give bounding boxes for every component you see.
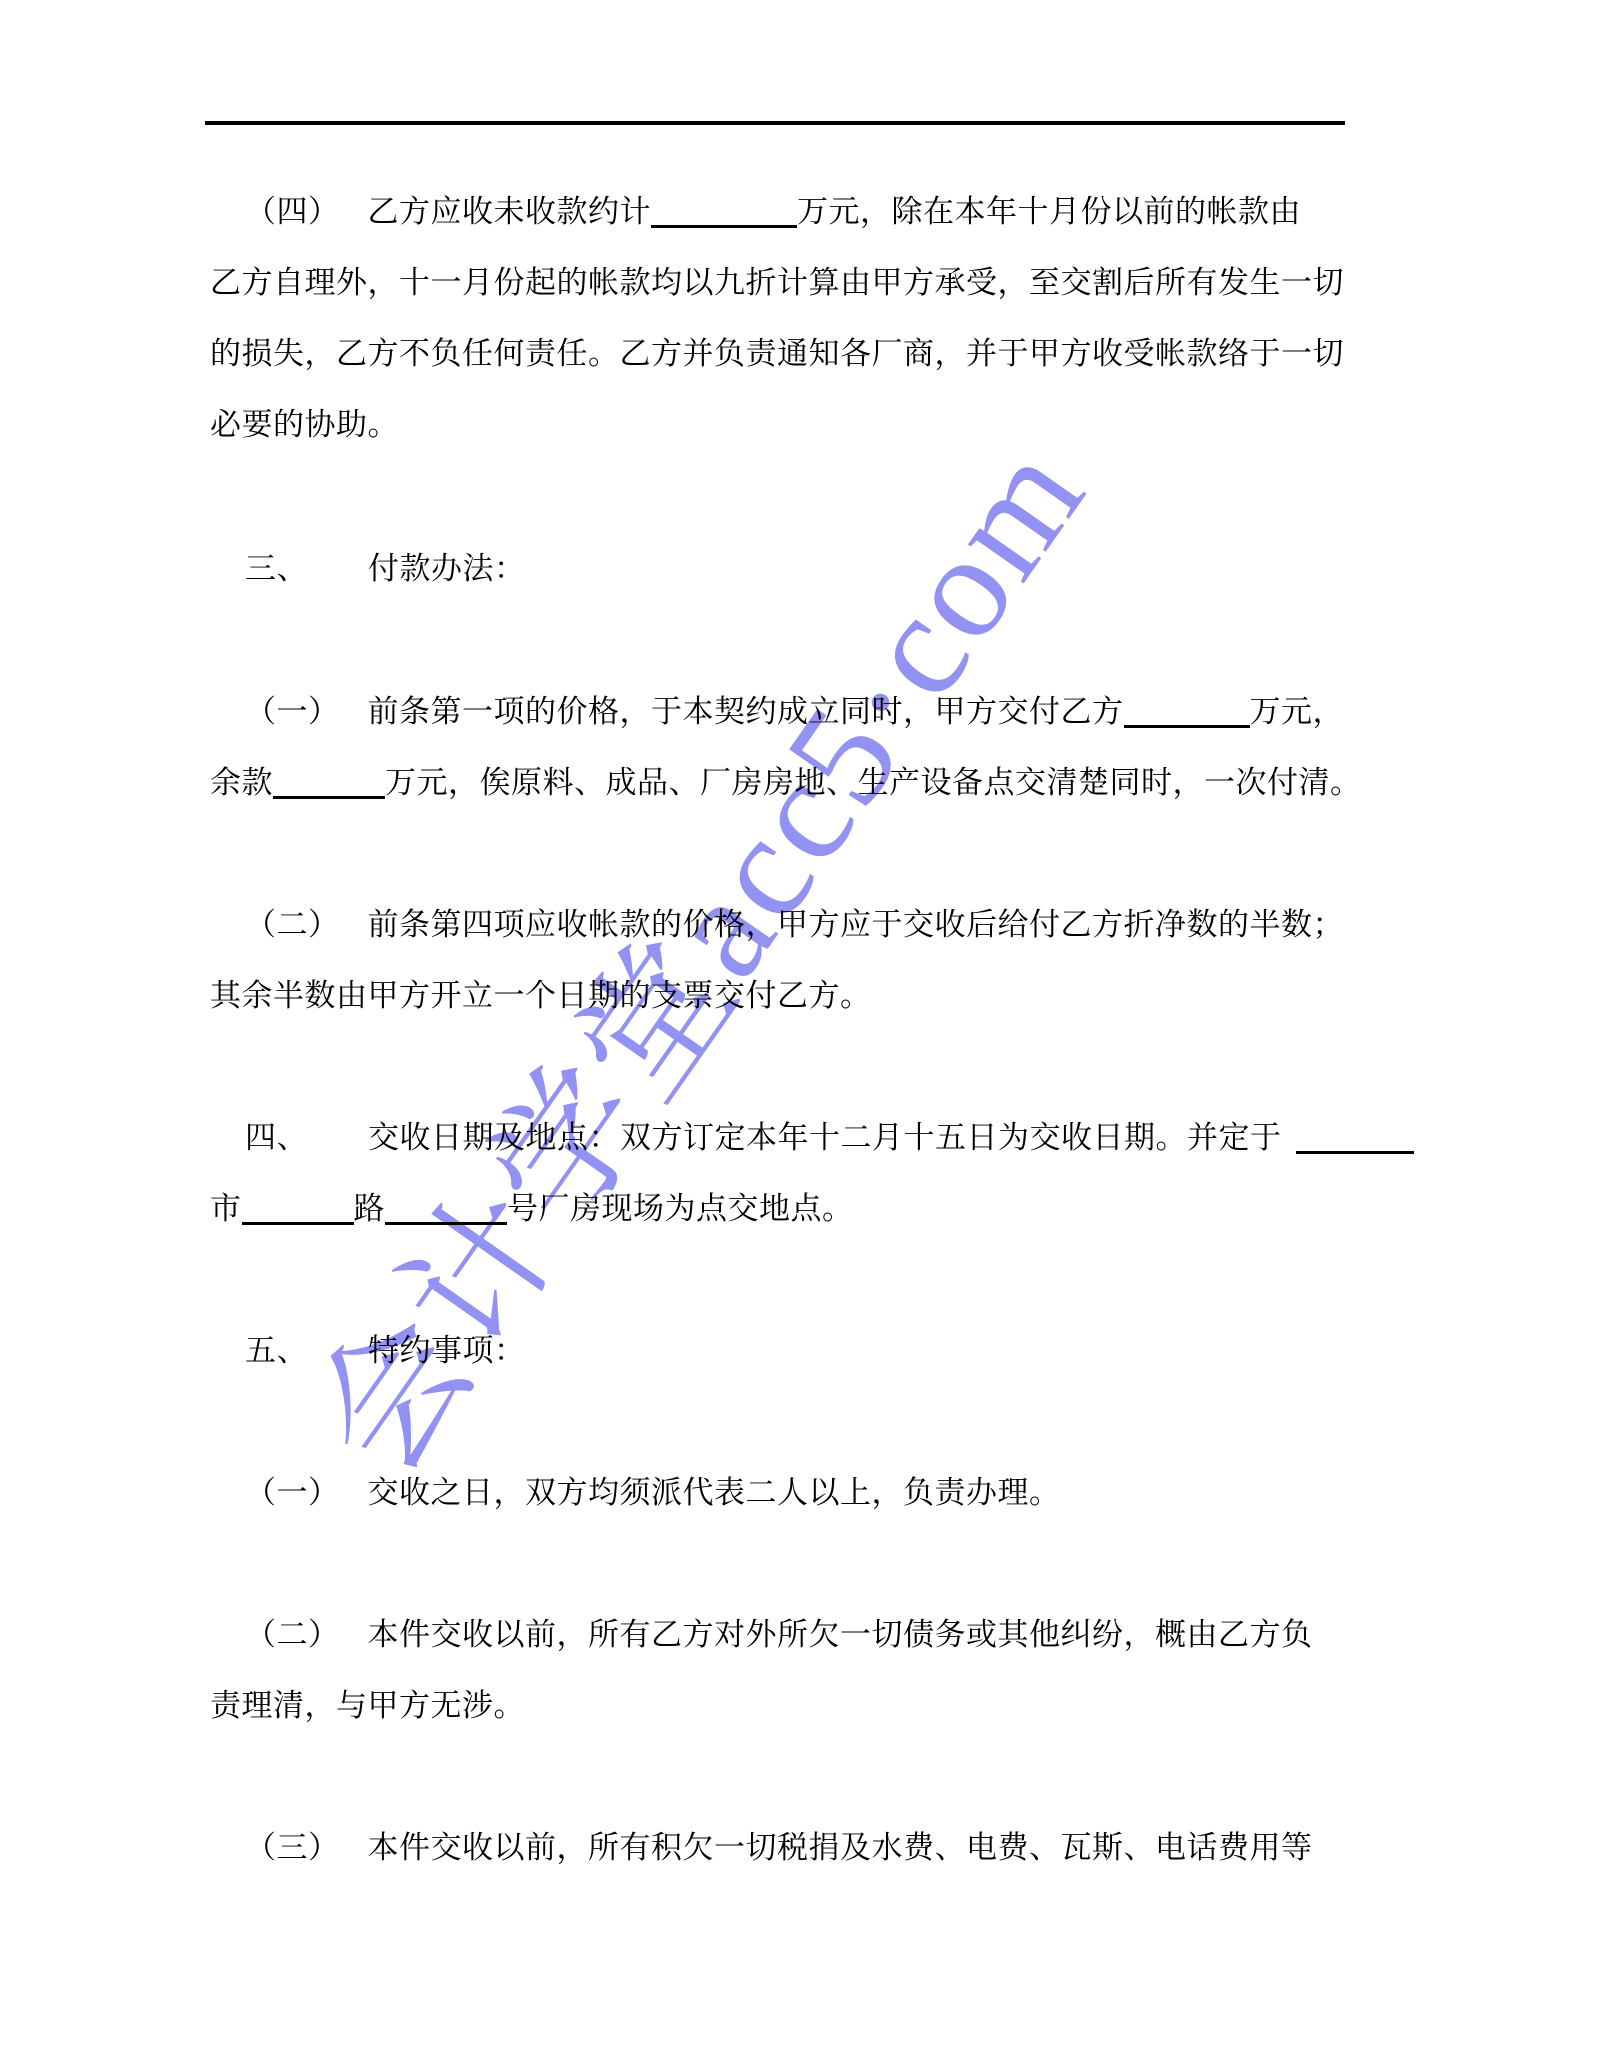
clause-4-line-1: （四）乙方应收未收款约计万元，除在本年十月份以前的帐款由 xyxy=(245,190,1301,234)
text-run: （一） xyxy=(245,1475,340,1510)
special-item-1: （一）交收之日，双方均须派代表二人以上，负责办理。 xyxy=(245,1471,1061,1515)
contract-page: 会计学堂acc5·com （四）乙方应收未收款约计万元，除在本年十月份以前的帐款… xyxy=(0,0,1600,2070)
section-4-line-2: 市路号厂房现场为点交地点。 xyxy=(210,1187,854,1231)
special-item-2-line-1: （二）本件交收以前，所有乙方对外所欠一切债务或其他纠纷，概由乙方负 xyxy=(245,1613,1313,1657)
text-run: 本件交收以前，所有乙方对外所欠一切债务或其他纠纷，概由乙方负 xyxy=(368,1617,1313,1652)
text-run: 乙方自理外，十一月份起的帐款均以九折计算由甲方承受，至交割后所有发生一切 xyxy=(210,265,1344,300)
document-page: { "watermark": { "text": "会计学堂acc5·com",… xyxy=(0,0,1600,2070)
text-run: 责理清，与甲方无涉。 xyxy=(210,1688,525,1723)
text-run: 四、 xyxy=(245,1120,308,1155)
payment-item-2-line-1: （二）前条第四项应收帐款的价格，甲方应于交收后给付乙方折净数的半数； xyxy=(245,903,1344,947)
blank-field xyxy=(1296,1149,1414,1154)
text-run: 余款 xyxy=(210,765,273,800)
section-5-heading: 五、特约事项： xyxy=(245,1329,526,1373)
text-run: 五、 xyxy=(245,1333,308,1368)
text-run: 市 xyxy=(210,1191,242,1226)
clause-4-line-3: 的损失，乙方不负任何责任。乙方并负责通知各厂商，并于甲方收受帐款络于一切 xyxy=(210,332,1344,376)
section-3-heading: 三、付款办法： xyxy=(245,547,526,591)
blank-field xyxy=(385,1220,507,1225)
payment-item-1-line-1: （一）前条第一项的价格，于本契约成立同时，甲方交付乙方万元， xyxy=(245,690,1344,734)
text-run: 付款办法： xyxy=(368,551,526,586)
blank-field xyxy=(273,794,385,799)
text-run: 万元， xyxy=(1250,694,1345,729)
text-run: 万元，俟原料、成品、厂房房地、生产设备点交清楚同时，一次付清。 xyxy=(385,765,1362,800)
text-run: （三） xyxy=(245,1830,340,1865)
text-run: 其余半数由甲方开立一个日期的支票交付乙方。 xyxy=(210,978,872,1013)
text-run: （一） xyxy=(245,694,340,729)
text-run: 交收日期及地点：双方订定本年十二月十五日为交收日期。并定于 xyxy=(368,1120,1282,1155)
text-run: 万元，除在本年十月份以前的帐款由 xyxy=(797,194,1301,229)
text-run: （二） xyxy=(245,907,340,942)
special-item-2-line-2: 责理清，与甲方无涉。 xyxy=(210,1684,525,1728)
payment-item-1-line-2: 余款万元，俟原料、成品、厂房房地、生产设备点交清楚同时，一次付清。 xyxy=(210,761,1362,805)
section-4-line-1: 四、交收日期及地点：双方订定本年十二月十五日为交收日期。并定于 xyxy=(245,1116,1414,1160)
clause-4-line-4: 必要的协助。 xyxy=(210,403,399,447)
payment-item-2-line-2: 其余半数由甲方开立一个日期的支票交付乙方。 xyxy=(210,974,872,1018)
blank-field xyxy=(242,1220,354,1225)
text-run: 特约事项： xyxy=(368,1333,526,1368)
text-run: 的损失，乙方不负任何责任。乙方并负责通知各厂商，并于甲方收受帐款络于一切 xyxy=(210,336,1344,371)
text-run: （四） xyxy=(245,194,340,229)
text-run: 前条第四项应收帐款的价格，甲方应于交收后给付乙方折净数的半数； xyxy=(368,907,1345,942)
text-run: 必要的协助。 xyxy=(210,407,399,442)
contract-text-layer: （四）乙方应收未收款约计万元，除在本年十月份以前的帐款由乙方自理外，十一月份起的… xyxy=(0,0,1600,2070)
text-run: 交收之日，双方均须派代表二人以上，负责办理。 xyxy=(368,1475,1061,1510)
text-run: 路 xyxy=(354,1191,386,1226)
blank-field xyxy=(651,223,797,228)
text-run: 本件交收以前，所有积欠一切税捐及水费、电费、瓦斯、电话费用等 xyxy=(368,1830,1313,1865)
text-run: （二） xyxy=(245,1617,340,1652)
text-run: 三、 xyxy=(245,551,308,586)
special-item-3: （三）本件交收以前，所有积欠一切税捐及水费、电费、瓦斯、电话费用等 xyxy=(245,1826,1313,1870)
text-run: 乙方应收未收款约计 xyxy=(368,194,652,229)
text-run: 前条第一项的价格，于本契约成立同时，甲方交付乙方 xyxy=(368,694,1124,729)
blank-field xyxy=(1124,723,1250,728)
clause-4-line-2: 乙方自理外，十一月份起的帐款均以九折计算由甲方承受，至交割后所有发生一切 xyxy=(210,261,1344,305)
text-run: 号厂房现场为点交地点。 xyxy=(507,1191,854,1226)
